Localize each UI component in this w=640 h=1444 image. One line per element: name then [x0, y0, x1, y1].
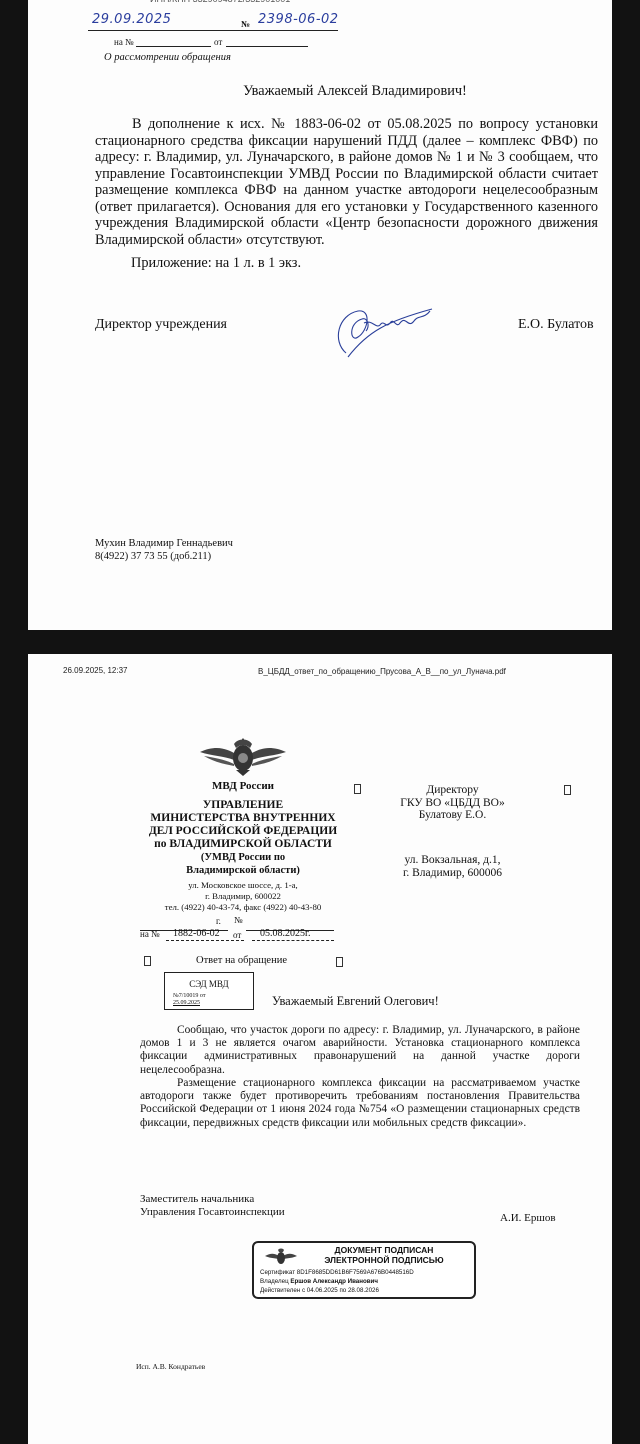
salutation: Уважаемый Евгений Олегович!	[272, 994, 439, 1009]
document-page-1: ИНН/КПП 3329094872/332901001 29.09.2025 …	[28, 0, 612, 630]
paragraph-2: Размещение стационарного комплекса фикса…	[140, 1077, 580, 1130]
ref-label: на №	[114, 37, 134, 47]
signer-title: Директор учреждения	[95, 317, 227, 333]
executor-name: Мухин Владимир Геннадьевич	[95, 537, 233, 550]
placeholder-box-icon	[336, 957, 343, 967]
electronic-signature-stamp: ДОКУМЕНТ ПОДПИСАН ЭЛЕКТРОННОЙ ПОДПИСЬЮ С…	[252, 1241, 476, 1299]
outgoing-date: 29.09.2025	[92, 12, 171, 27]
ref-number: 1882-06-02	[173, 928, 220, 939]
attachment-note: Приложение: на 1 л. в 1 экз.	[131, 255, 301, 272]
handwritten-signature-icon	[328, 301, 438, 361]
org-name: УПРАВЛЕНИЕ МИНИСТЕРСТВА ВНУТРЕННИХ ДЕЛ Р…	[118, 799, 368, 877]
signer-name: Е.О. Булатов	[518, 317, 594, 333]
subject: О рассмотрении обращения	[104, 52, 231, 63]
file-name: В_ЦБДД_ответ_по_обращению_Прусова_А_В__п…	[258, 667, 506, 676]
signer-title: Заместитель начальника Управления Госавт…	[140, 1193, 285, 1219]
placeholder-box-icon	[354, 784, 361, 794]
executor-phone: 8(4922) 37 73 55 (доб.211)	[95, 550, 211, 563]
mvd-emblem-icon	[264, 1246, 298, 1268]
inn-kpp-cut: ИНН/КПП 3329094872/332901001	[150, 0, 290, 4]
salutation: Уважаемый Алексей Владимирович!	[28, 83, 612, 100]
ref-date: 05.08.2025г.	[260, 928, 310, 939]
mvd-emblem-icon	[198, 732, 288, 776]
placeholder-box-icon	[564, 785, 571, 795]
recipient-address: ул. Вокзальная, д.1, г. Владимир, 600006	[380, 854, 525, 879]
document-page-2: 26.09.2025, 12:37 В_ЦБДД_ответ_по_обраще…	[28, 654, 612, 1444]
outgoing-number: 2398-06-02	[258, 12, 339, 27]
esign-owner: Владелец Ершов Александр Иванович	[260, 1278, 378, 1285]
recipient: Директору ГКУ ВО «ЦБДД ВО» Булатову Е.О.	[380, 784, 525, 822]
registration-stamp: СЭД МВД №7/10019 от 25.09.2025	[164, 972, 254, 1010]
org-address: ул. Московское шоссе, д. 1-а, г. Владими…	[118, 880, 368, 913]
esign-validity: Действителен с 04.06.2025 по 28.08.2026	[260, 1287, 379, 1294]
signer-name: А.И. Ершов	[500, 1212, 556, 1224]
esign-certificate: Сертификат 8D1F8685DD61B6F7569A676B04485…	[260, 1269, 414, 1276]
org-short: МВД России	[118, 780, 368, 793]
executor: Исп. А.В. Кондратьев	[136, 1362, 205, 1371]
print-datetime: 26.09.2025, 12:37	[63, 666, 128, 675]
letter-body: В дополнение к исх. № 1883-06-02 от 05.0…	[95, 116, 598, 248]
placeholder-box-icon	[144, 956, 151, 966]
subject: Ответ на обращение	[196, 955, 287, 966]
paragraph-1: Сообщаю, что участок дороги по адресу: г…	[140, 1024, 580, 1077]
